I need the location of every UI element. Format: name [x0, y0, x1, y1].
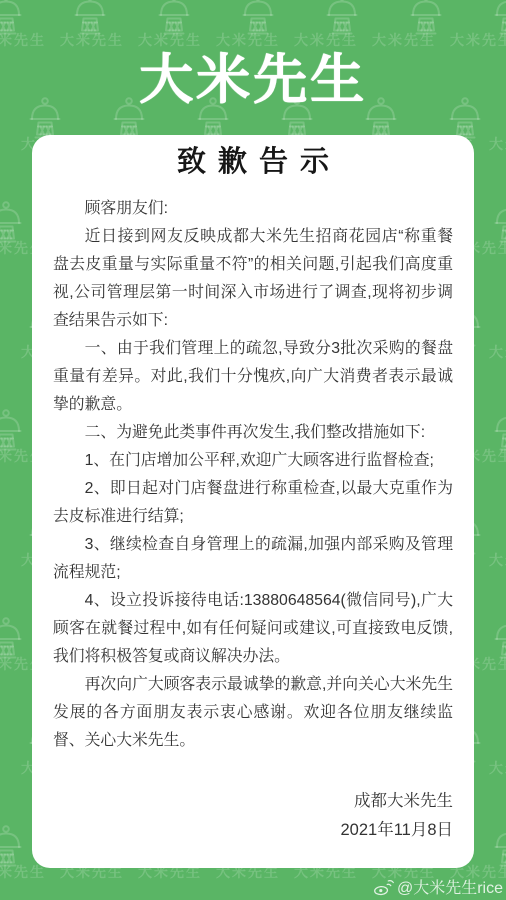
weibo-watermark: @大米先生rice	[374, 875, 503, 898]
brand-watermark-text: 大米先生	[489, 342, 506, 362]
notice-title: 致歉告示	[53, 143, 453, 181]
rice-bowl-watermark-icon	[0, 408, 26, 454]
notice-paragraph: 二、为避免此类事件再次发生,我们整改措施如下:	[53, 419, 453, 447]
signature-block: 成都大米先生 2021年11月8日	[53, 787, 453, 845]
notice-paragraph: 一、由于我们管理上的疏忽,导致分3批次采购的餐盘重量有差异。对此,我们十分愧疚,…	[53, 335, 453, 419]
rice-bowl-watermark-icon	[0, 824, 26, 870]
rice-bowl-watermark-icon	[0, 616, 26, 662]
weibo-icon	[374, 878, 394, 896]
notice-paragraph: 再次向广大顾客表示最诚挚的歉意,并向关心大米先生发展的各方面朋友表示衷心感谢。欢…	[53, 671, 453, 755]
weibo-apology-image-post: 大米先生大米先生大米先生大米先生大米先生大米先生大米先生大米先生	[0, 0, 506, 900]
apology-notice-card: 致歉告示 顾客朋友们: 近日接到网友反映成都大米先生招商花园店“称重餐盘去皮重量…	[32, 135, 474, 868]
notice-paragraph: 1、在门店增加公平秤,欢迎广大顾客进行监督检查;	[53, 447, 453, 475]
rice-bowl-watermark-icon	[490, 824, 506, 870]
brand-header: 大米先生	[0, 0, 506, 135]
signature-date: 2021年11月8日	[53, 816, 453, 845]
brand-logo: 大米先生	[139, 21, 367, 114]
brand-watermark-text: 大米先生	[489, 134, 506, 154]
notice-paragraph: 近日接到网友反映成都大米先生招商花园店“称重餐盘去皮重量与实际重量不符”的相关问…	[53, 223, 453, 335]
rice-bowl-watermark-icon	[490, 408, 506, 454]
notice-paragraph: 3、继续检查自身管理上的疏漏,加强内部采购及管理流程规范;	[53, 531, 453, 587]
rice-bowl-watermark-icon	[490, 200, 506, 246]
brand-watermark-text: 大米先生	[489, 550, 506, 570]
notice-paragraph: 4、设立投诉接待电话:13880648564(微信同号),广大顾客在就餐过程中,…	[53, 587, 453, 671]
notice-body: 顾客朋友们: 近日接到网友反映成都大米先生招商花园店“称重餐盘去皮重量与实际重量…	[53, 195, 453, 755]
notice-paragraphs: 近日接到网友反映成都大米先生招商花园店“称重餐盘去皮重量与实际重量不符”的相关问…	[53, 223, 453, 755]
weibo-handle: @大米先生rice	[397, 875, 503, 898]
rice-bowl-watermark-icon	[0, 200, 26, 246]
salutation: 顾客朋友们:	[53, 195, 453, 223]
signature-name: 成都大米先生	[53, 787, 453, 816]
rice-bowl-watermark-icon	[490, 616, 506, 662]
brand-watermark-text: 大米先生	[489, 758, 506, 778]
notice-paragraph: 2、即日起对门店餐盘进行称重检查,以最大克重作为去皮标准进行结算;	[53, 475, 453, 531]
